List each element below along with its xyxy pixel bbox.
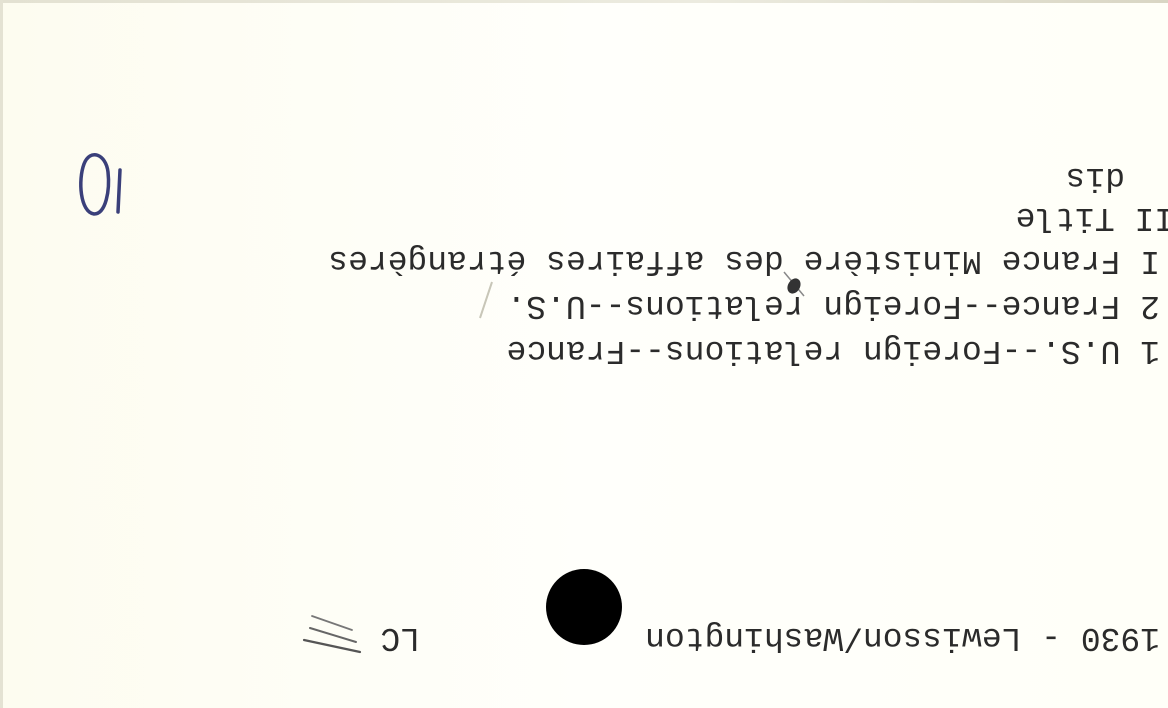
card-edge bbox=[0, 0, 1168, 3]
tracing-subject-2: 2 France--Foreign relations--U.S. bbox=[506, 290, 1160, 320]
tracing-dis: dis bbox=[1066, 162, 1125, 192]
source-code: LC bbox=[380, 622, 420, 652]
tracing-title: II Title bbox=[1016, 202, 1168, 232]
tracing-author: I France Ministère des affaires étrangèr… bbox=[328, 245, 1160, 275]
catalog-card: 1930 - Lewisson/Washington LC 1 U.S.--Fo… bbox=[0, 0, 1168, 708]
tracing-subject-1: 1 U.S.--Foreign relations--France bbox=[506, 335, 1160, 365]
ink-smudge-icon bbox=[778, 268, 810, 300]
imprint-line: 1930 - Lewisson/Washington bbox=[645, 622, 1160, 652]
pencil-mark-icon bbox=[476, 280, 496, 320]
pen-strokes-icon bbox=[300, 610, 362, 658]
card-edge bbox=[0, 0, 3, 708]
punched-hole bbox=[546, 569, 622, 645]
handwritten-note-icon bbox=[76, 146, 128, 220]
